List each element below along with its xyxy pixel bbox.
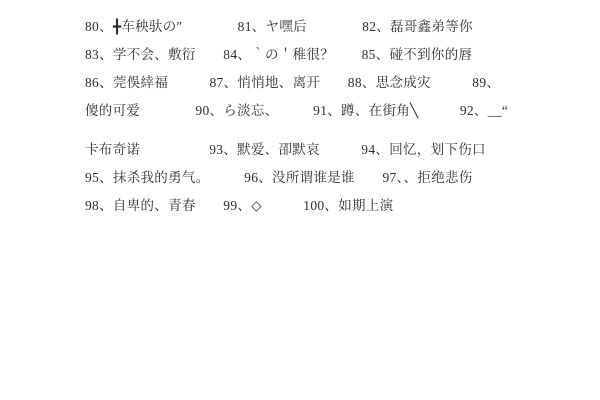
- text-line-6: 95、抹杀我的勇气。 96、没所谓谁是谁 97、、拒绝悲伤: [85, 164, 590, 192]
- numbered-list-block: 80、╋车秧驮の″ 81、ヤ嘿后 82、磊哥鑫弟等你 83、学不会、敷衍 84、…: [85, 13, 590, 220]
- document-page: 80、╋车秧驮の″ 81、ヤ嘿后 82、磊哥鑫弟等你 83、学不会、敷衍 84、…: [0, 0, 600, 400]
- text-line-7: 98、自卑的、青春 99、◇ 100、如期上演: [85, 192, 590, 220]
- text-line-3: 86、莞俁緈福 87、悄悄地、离开 88、思念成灾 89、: [85, 69, 590, 97]
- text-line-1: 80、╋车秧驮の″ 81、ヤ嘿后 82、磊哥鑫弟等你: [85, 13, 590, 41]
- text-line-2: 83、学不会、敷衍 84、｀の＇稚很？ 85、碰不到你的唇: [85, 41, 590, 69]
- text-line-5: 卡布奇诺 93、默爱、卲默哀 94、回忆，划下伤口: [85, 136, 590, 164]
- text-line-4: 傻的可爱 90、ら淡忘、 91、蹲、在街角╲ 92、__“: [85, 97, 590, 125]
